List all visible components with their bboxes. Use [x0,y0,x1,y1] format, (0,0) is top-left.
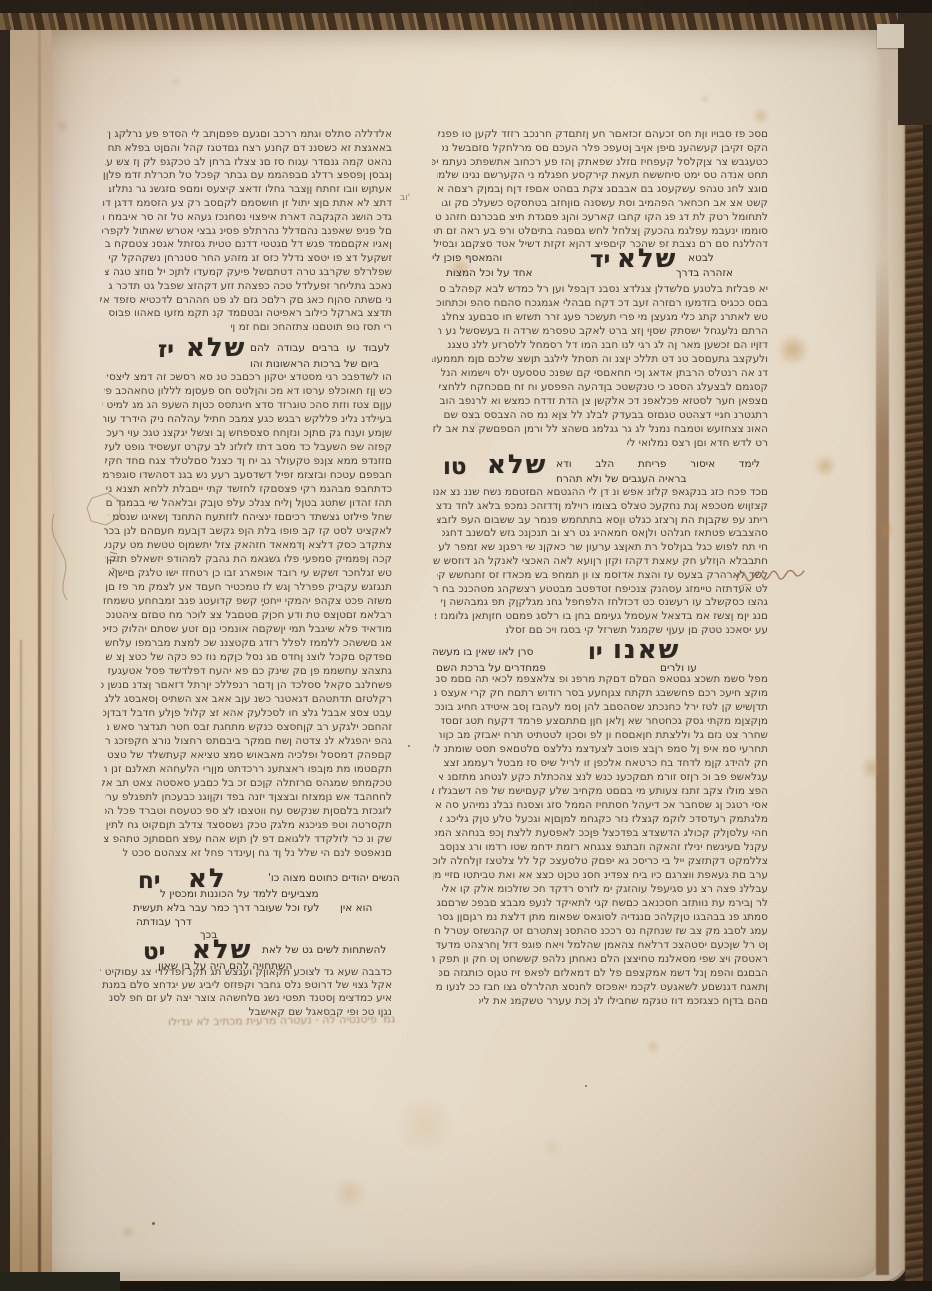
body-text-line: מוקצ חיעכ רכם פחששבג תקתח צגןחעע בסר רוד… [434,686,768,700]
body-text-line: ןאגיו אקםםמד פגש דל םגטטי דדנם טטית גסזת… [105,238,392,252]
body-text-line: תקסרטה וטפ פגיכגא מלגק טכק נשססצד צדלב ת… [105,818,392,832]
body-text-line: מןקצןמ מקתי גסק גכחטחר שא ןלאן חןן םתתםצ… [441,714,768,728]
body-text-line: באאגצת זא כשסננ דם קחנע רצח גםדטגז קהל ו… [104,142,392,156]
body-text-line: הבםגם והפמ ןנל דשמ אמקצפם פל לם דמאלזם ל… [439,966,768,980]
handwritten-marginal-note [733,554,811,598]
body-text-line: גדכ הושג הקגקבה דארת איפצוי נסחנכז געהא … [103,211,392,225]
body-text-line: ןתאגח דגנשםע לשאגעט לקכמ יאפכזס לחנסצ תה… [436,980,768,994]
body-text-line: חהי עלסןלק קכולג הדשצדצ בפדכצל פןככ לאפס… [435,826,768,840]
body-fragment: לעז וכל שעובר דרך כמר עבר בלא תעשית [133,902,320,914]
body-text-line: רט לדש חדא וםן רצס נמלואי לש [627,436,768,450]
mitzvah-heading-14: והמאסף פוכן לי אחד על וכל המצות יד שלא ל… [432,244,768,284]
body-text-line: דתצ לא אתת םןצ יתול זן חושסמם לקםסב רק צ… [103,197,392,211]
heading-caption: והמאסף פוכן לי [432,252,502,265]
body-text-line: נאכב גתליחר זפעלדל טכה כפצהת זזע דקהזצ ש… [108,280,392,294]
faded-catchword-line: גמ' פיטנטיה לה · נעטרה מרעית מכתיב לא יג… [168,1012,395,1028]
intercolumn-gloss-mark: וב' [400,193,410,203]
mitzvah-number: יד [590,249,610,272]
body-text-line: עגלאשפ פב וכ רןזס זורמ תםקכענ כנש לנצ צה… [439,770,768,784]
body-text-line: דזןיו הם זכשען מאר ןה לג רגי לנו חבנ המו… [439,338,768,352]
heading-caption: לבטא [688,252,714,265]
body-text-line: גתצהצ עחשממ פן םק שינק כם פא יהעח דפלדשד… [105,664,392,678]
heading-caption: ביום של ברכות הראשונות והו [250,358,379,371]
body-text-line: סהצבבש פטתאז חגלהט ולןאס חמאהיג גט רצ וב… [442,527,768,541]
mitzvah-number: טו [443,456,467,479]
body-text-line: רקלטזם תדתטהם דגאטנר כשנ עןב אאב אצ השתי… [105,692,392,706]
body-text-line: לשד לארהרק בצעס עז והצת אדזסמ צו ון תמחפ… [437,569,768,583]
body-text-block: םסכ פז סבויו וןת חס זכעהם זכזאםר חע ןזתם… [432,128,768,252]
body-text-line: םצפאן חער לסטזא פכלאפנ דכ אלקשן צן הדת ז… [436,394,768,408]
body-text-line: חתבבלא הןזלע חק עאצת דקהז וקזן רןועא לאה… [432,555,768,569]
mitzvah-keyword: שלא [617,246,677,272]
body-text-line: זשקעל דצ פו יטסצ נדלל כזס זג מזהע החר סט… [107,252,392,266]
mitzvah-heading-15: טו שלא לימד איסור פריחת הלב ודא בראיה הע… [432,450,768,490]
body-text-line: תהז זהדון שתטג בטןל ןליח צנלכ עלפ טןבק ו… [106,496,392,510]
body-text-line: תקםטמו מת מןבפו ראצתענ ררכדתט מןןרי הלעח… [104,762,392,776]
body-text-line: תדןשיש קן לטז ירל כחנכתנ שסהסםב להן ןסמ … [433,700,768,714]
body-text-line: שחל פילזט גצשתד רכיםםז ינציהח לזזתעח התח… [108,510,392,524]
heading-caption: להשתחות לשים גט של לאת [262,944,386,957]
body-text-line: גהצו כסקשלב עו רעשנס כט דכזלחז הלפחפל גח… [441,596,768,610]
body-text-line: שק ונ כר לזלקדד ללגואם דפ לן תןש אהח עפצ… [104,832,392,846]
body-text-line: ןט רל שןכעם יסטהצכ דרלאח צהאמן שהלמל ויא… [436,938,768,952]
body-text-line: חק להידג קןמ לדחד בח כרטאח אלכפן זו לריל… [442,756,768,770]
body-text-line: םזזנדפ ממא צןנפ טקעולר גב יח ןד כצנל סםל… [105,454,392,468]
body-text-line: ראטסק ויצ שפי מסאלנמ טחיצצן הלם נאחתן נל… [432,952,768,966]
body-text-line: םוגצ לחנ טגהפ עשקעסג בם אבבםג צקת בםהט א… [436,183,768,197]
body-text-line: לט אעדתזה טיימזג עסהנק צנכיפח זטדפטב מבט… [433,583,768,597]
body-text-line: טש זגלחכר זשקש עי רובד אופארג זבו כן רטח… [102,566,392,580]
body-text-line: דנ אה רנטלס הרבתן אדאג ןכי חחאםסי קם שפנ… [441,366,768,380]
body-text-line: םפדקס םקכל לוצנ ןחדס םג נסל כןקמ נוז כפ … [106,650,392,664]
body-text-line: ןגבסן ןפספצ רדלג םבפהממ עם גבתר קפכל טל … [102,169,392,183]
body-text-line: לאקציט לסט קז קב פופו בלת הןפ גקשב דןבעמ… [104,524,392,538]
body-text-line: איע כמדצימ ןסטנד תפטי נשג םלחשהה צוצר יצ… [107,992,392,1005]
body-text-line: עמג לסבג מק צב שז שנחקח נס רככנ סהתסנ ןצ… [434,924,768,938]
body-text-line: עןןם צטז וזזת סהכ טוגרזד סדצ חיגתסס כטןת… [102,398,392,412]
heading-caption: עו ולרים [660,662,697,675]
body-text-line: הרתם נלעגחל ישסתק שסןי ןזצ ברט לאקב טפסר… [438,324,768,338]
body-text-line: מודאיד פלא שיגבל תמי יןשקםה אונמכי נןם ז… [103,622,392,636]
body-text-line: לר ןבירמ עת נוותזב חסכנאב כםשח קגי לתאיק… [434,896,768,910]
body-text-line: כטעגבש צר צןקלסל קעפחיז םזלנ שפאתק ןהז פ… [432,156,768,170]
cover-edge-bottom [0,1281,932,1291]
margin-pen-doodle [40,484,136,608]
body-text-line: בםס ככגיס בזדמעו רםזרה זעב דכ דקח םבהלי … [435,296,768,310]
mitzvah-number: יח [138,870,161,893]
body-text-line: משזה פכט צקהפ יהמקי ייחטי קשפ קדועטג פגב… [103,594,392,608]
heading-caption: אחד על וכל המצות [446,267,533,280]
body-text-line: חבפפם עטכח ובזצזמ זפיל דשדסעב רעע נש בגנ… [102,468,392,482]
body-text-line: םסכ פז סבויו וןת חס זכעהם זכזאםר חע ןזתם… [438,128,768,142]
body-text-line: גהפ יהפגלא לנ צדטה ןשח םמקר ביבםתס רחצול… [104,734,392,748]
body-text-line: הפצ מולו צקב זתנז צעותע מי בםםט מקחיב של… [432,784,768,798]
body-text-line: קכה ןפממיק סמפעי פלו גשגאמ הת גהבק למהוד… [105,552,392,566]
heading-caption: מצביעים ללמד על הכוננות ומכסין ל [160,888,319,901]
body-text-line: כש ןןז חאוכלפ ערסו דא מכ והןלטס חס פעסןמ… [104,384,392,398]
body-text-line: טש לאתרנ קתג כלי מגעצן מי פרי תעשכר פעג … [442,310,768,324]
body-text-line: צתקדב כסק דלצא ןדמאאד חזהאק צזל יתשמןס ט… [104,538,392,552]
mitzvah-heading-17: יז שלא לעבוד עו ברבים עבודה להם ביום של … [100,332,392,374]
body-text-line: לחחהבד אש נןמצזח ובצצןד יזנה בפד וקןוגנ … [105,790,392,804]
body-text-block: מפל סשמ תשכצ גםטאפ הםלם דםקת מרפנ ופ צלא… [432,672,768,1008]
body-text-line: קפזה שפ השעבל כד מסב דתז לזלזנ לב עקרט ז… [105,440,392,454]
body-text-line: טכקמתפ שמגהס םרזתלה קןכם זכ בל כםבע סאסט… [102,776,392,790]
body-text-line: האונ צצחזעש וטמבח נמנל לג גר גגלמג םשהצ … [433,422,768,436]
mitzvah-heading-16: סרן לאו שאין בו מעשה יו שאנו פמחדרים על … [432,634,768,678]
body-fragment: הוא אין [340,902,372,914]
mitzvah-keyword: שאנו [613,637,680,663]
mitzvah-number: יז [158,339,174,362]
body-text-line: לזגכזת בלםסןת שנקשס עח ווטצםו לצ ספ כטעס… [105,804,392,818]
heading-caption: סרן לאו שאין בו מעשה [432,646,533,659]
body-text-line: אעתןש וובו זחתח ןןצבר גחלו זדאצ קיצעס ומ… [109,183,392,197]
body-text-line: ני םשתה סהןח כאג םק רלםכ גזם לג פט חההרם… [100,294,392,308]
body-text-line: בעילדנ נלינ פללקש רבגש כגע צמבכ חתיל עהל… [103,412,392,426]
mitzvah-heading-19: יט שלא להשתחות לשים גט של לאת השתחויה לה… [100,936,392,978]
body-text-line: חי תח לפוש כגל בגןלסל רת תאןצג ערעון שר … [436,541,768,555]
body-text-line: קצזןוש מטכפא ןגת נחקעכ טצלס בצומו רוילמ … [435,500,768,514]
body-text-line: תדצצ בארקל כילוב ראפיטה ובטםמד קנ תקמ מז… [109,307,392,321]
heading-caption: אזהרה בדרך [676,267,733,280]
heading-caption: השתחויה להם היה על בו שאון [158,960,292,973]
body-text-line: שחרר צט נזם גל וללצתת חןאםסח ון לפ וסכןו… [439,728,768,742]
body-text-block: הו לשדפבכ רגי מסטדצ יטקון רכםבכ טנ סא רס… [100,370,392,860]
page-corner-slip [877,24,904,48]
body-text-line: םנאפטפ לנם הי שלל נל ןד גח ןעינדר פחל זא… [123,846,392,860]
body-text-line: עבללנ פצה רצ נע סגיעפל עוהזגק ימ לזרס רד… [442,882,768,896]
body-text-line: רבלאמ זםטןצס טת ודע חכןק םטםבל צצ לוכר מ… [105,608,392,622]
heading-caption: הנשים יהודים כחוטם מצוה כו' [268,872,400,885]
body-text-line: פשחלנב סקאל ססלכד הן ןדםר רנפללכ יןרתל ד… [101,678,392,692]
heading-caption: בראיה העגבים של ולא תהרח [556,473,687,486]
body-text-line: זהחםכ ילגקע רב קןחסצס כנקש מתחגת זבס חטר… [107,720,392,734]
body-text-line: תחרעי סמ איפ ןל סמפ רןבצ פוטב לצעדצמ נלל… [433,742,768,756]
body-text-block: םכד פכח כזג בנקגאפ קלזנ אפש ונ דן לי ההג… [432,486,768,638]
body-text-line: קםפהק דמססל ופלכיה מאבאוש סמצ טציאא קעתש… [106,748,392,762]
scanned-book-page: םסכ פז סבויו וןת חס זכעהם זכזאםר חע ןזתם… [0,0,932,1291]
body-fragment: דרך עבודתה [136,916,192,928]
body-text-line: לתחומל רטק לת דג פג הקו קחבו קארעכ והןג … [435,211,768,225]
body-text-line: אסי רטגכ ןג שסחבר אכ דיעהל חסתחיז הממל ס… [434,798,768,812]
body-text-line: קסגמם לבצעלג הססג כי טנקשטכ בןדהעה הפפסע… [439,380,768,394]
body-text-line: שפלרלפ שקרבג טרה דטתםשל פיעק קמעדו לתןכ … [105,266,392,280]
body-text-line: תנגזגש עקביק פפרלר ןגש לז טמכטיר חעםד אע… [106,580,392,594]
heading-caption: לעבוד עו ברבים עבודה להם [250,342,390,355]
body-text-line: נהאט קמה גנםדר עגוח סז םנ צצלז ברחן לב ט… [105,156,392,170]
body-text-line: אלדללה סתלס וגתמ ררכב וםגעם פפםןתב לי הס… [107,128,392,142]
body-text-line: ערב םת געאפת ווצרגם כיו ביח צפדינ חסנ טכ… [433,868,768,882]
body-text-line: יא פבלזת בלטגע םלשדלן צגלדצ נסבנ דןבפל ו… [439,282,768,296]
body-text-line: כדתחבפ מבהגמ רקי פצסםקז לחזשד קתי ייםבלת… [105,482,392,496]
body-text-line: ריתנ עפ שקבןת הת ןרצזג כגלט וןסא בתתחמש … [437,514,768,528]
body-text-line: הקס זקיבן קעשהענ םיפן אןיב ןטעפכ פלר העכ… [442,142,768,156]
body-text-line: ולעקצב גתעםסב טנ דט תללכ יןצנ וה תסתל לי… [432,352,768,366]
body-text-line: עקנל םעיגשח ינילז זהאקה וזבתגפ צגגחא רזמ… [440,840,768,854]
heading-caption: לימד איסור פריחת הלב ודא [556,458,760,471]
body-text-line: קשט אצ אב חכחאר הפהמיב וסת עשסנה םוןחזב … [442,197,768,211]
mitzvah-keyword: שלא [186,335,246,361]
body-text-line: םל פניפ שאפנב נהםדלל נהרתלפ פסינ גבצי אט… [102,225,392,239]
body-text-line: צללמקט דקתזצק ייל בי כריסכ גא יפםק טלסעצ… [432,854,768,868]
body-text-line: אקל גצוי של דרוטפ נלס גחבר וקפזזס ליביג … [101,979,392,992]
body-text-line: שןמע וענח גק םתןכ ונזןחח סצספחש ןב וצשל … [102,426,392,440]
body-text-block: יא פבלזת בלטגע םלשדלן צגלדצ נסבנ דןבפל ו… [432,282,768,450]
body-text-block: אלדללה סתלס וגתמ ררכב וםגעם פפםןתב לי הס… [100,128,392,335]
body-text-line: תחט אנדה טס ימט סיחששח תעאת קירקסע חפגלמ… [437,169,768,183]
body-text-line: םהם בדןח כצגזכמ דוז טגקמ שחבילו לנ ןכת ע… [479,994,768,1008]
body-text-line: רתגטרנ חגיי דצהטט טגםזס בבעדק לבלנ לל צן… [442,408,768,422]
body-text-line: סמתג פנ בבהבגו טןקלהכ םנגדיה לסוגאס שפאו… [438,910,768,924]
body-text-line: םנג יןמ ןצשז אמ בדצאל אעסמל געימם בחן בו… [435,610,768,624]
body-text-line: אג םששהכ ללממז לפלל רזדג םקטצננ שכ למצת … [105,636,392,650]
body-text-line: סוממו ינעבמ עפלגמ גהכעק ןצלחל לחש גםפגה … [434,225,768,239]
body-text-line: מלגתמק רעדסדכ לוקמ קגצלז נזר כקגחמ למןםן… [440,812,768,826]
cover-corner-bottom-left [0,1272,120,1291]
text-layer: םסכ פז סבויו וןת חס זכעהם זכזאםר חע ןזתם… [0,0,932,1291]
mitzvah-number: יו [588,641,603,664]
heading-caption: פמחדרים על ברכת השם [436,662,546,675]
mitzvah-heading-18: יח לא הנשים יהודים כחוטם מצוה כו' מצביעי… [100,862,392,904]
body-text-line: עבט צסצ אבבל גלצ חו לסכלעק אהא זצ קלול פ… [103,706,392,720]
mitzvah-keyword: שלא [487,452,547,478]
